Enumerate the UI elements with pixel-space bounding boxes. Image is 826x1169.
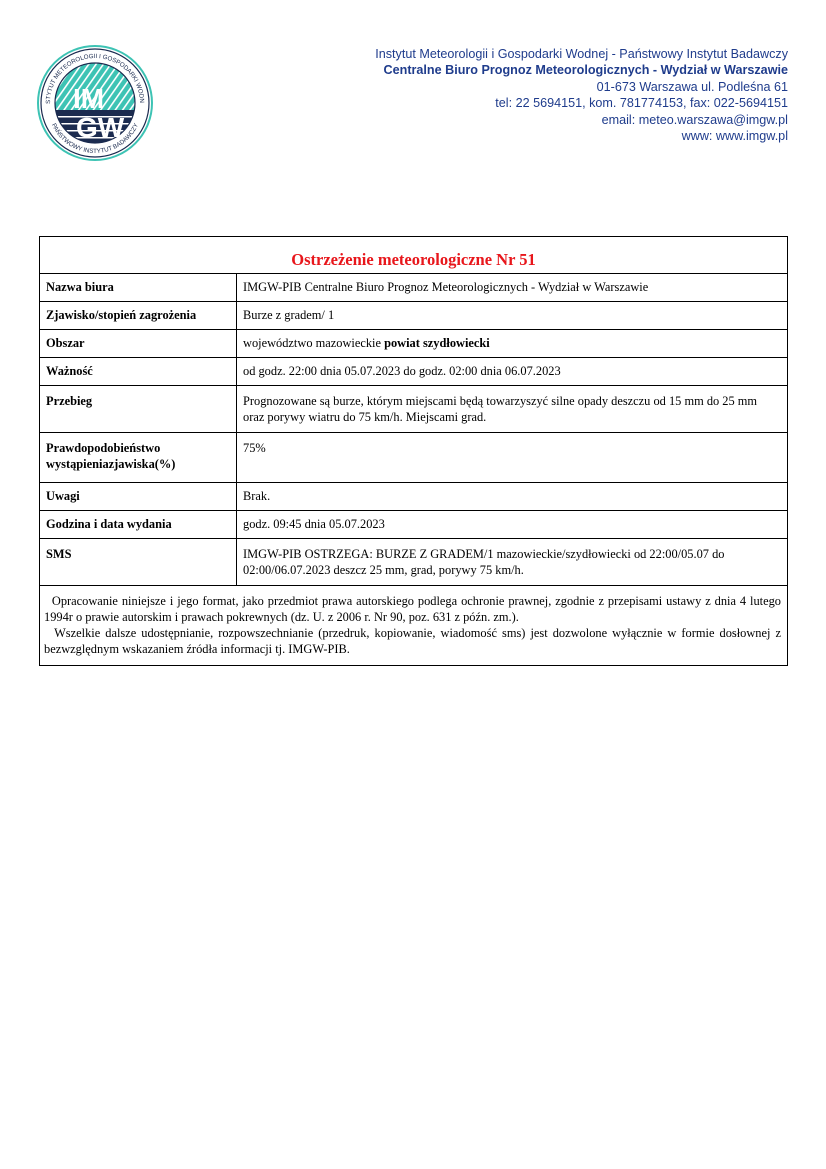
row-value-area: województwo mazowieckie powiat szydłowie… — [237, 330, 788, 358]
table-row: Przebieg Prognozowane są burze, którym m… — [40, 386, 788, 433]
row-value-course: Prognozowane są burze, którym miejscami … — [237, 386, 788, 433]
table-row: Uwagi Brak. — [40, 483, 788, 511]
warning-table: Ostrzeżenie meteorologiczne Nr 51 Nazwa … — [39, 236, 788, 666]
row-value-validity: od godz. 22:00 dnia 05.07.2023 do godz. … — [237, 358, 788, 386]
row-label-sms: SMS — [40, 539, 237, 586]
imgw-logo-icon: IM GW INSTYTUT METEOROLOGII I GOSPODARKI… — [36, 44, 154, 162]
office-name: Centralne Biuro Prognoz Meteorologicznyc… — [375, 62, 788, 78]
copyright-notice: Opracowanie niniejsze i jego format, jak… — [40, 586, 788, 666]
svg-text:IM: IM — [73, 83, 104, 114]
table-row: Prawdopodobieństwo wystąpieniazjawiska(%… — [40, 433, 788, 483]
row-label-office: Nazwa biura — [40, 274, 237, 302]
row-value-probability: 75% — [237, 433, 788, 483]
row-label-phenomenon: Zjawisko/stopień zagrożenia — [40, 302, 237, 330]
row-label-remarks: Uwagi — [40, 483, 237, 511]
institute-name: Instytut Meteorologii i Gospodarki Wodne… — [375, 46, 788, 62]
row-value-office: IMGW-PIB Centralne Biuro Prognoz Meteoro… — [237, 274, 788, 302]
svg-text:GW: GW — [76, 112, 125, 143]
website: www: www.imgw.pl — [375, 128, 788, 144]
row-label-issued: Godzina i data wydania — [40, 511, 237, 539]
row-value-phenomenon: Burze z gradem/ 1 — [237, 302, 788, 330]
area-voivodeship: województwo mazowieckie — [243, 336, 384, 350]
distribution-text: Wszelkie dalsze udostępnianie, rozpowsze… — [44, 626, 781, 656]
copyright-paragraph: Opracowanie niniejsze i jego format, jak… — [44, 593, 781, 625]
institute-header: Instytut Meteorologii i Gospodarki Wodne… — [375, 46, 788, 144]
row-label-validity: Ważność — [40, 358, 237, 386]
distribution-paragraph: Wszelkie dalsze udostępnianie, rozpowsze… — [44, 625, 781, 657]
phone-fax: tel: 22 5694151, kom. 781774153, fax: 02… — [375, 95, 788, 111]
row-label-probability: Prawdopodobieństwo wystąpieniazjawiska(%… — [40, 433, 237, 483]
imgw-logo: IM GW INSTYTUT METEOROLOGII I GOSPODARKI… — [36, 44, 154, 162]
table-row: Obszar województwo mazowieckie powiat sz… — [40, 330, 788, 358]
row-label-area: Obszar — [40, 330, 237, 358]
warning-title: Ostrzeżenie meteorologiczne Nr 51 — [40, 237, 788, 274]
table-row: Ważność od godz. 22:00 dnia 05.07.2023 d… — [40, 358, 788, 386]
row-value-sms: IMGW-PIB OSTRZEGA: BURZE Z GRADEM/1 mazo… — [237, 539, 788, 586]
area-county: powiat szydłowiecki — [384, 336, 490, 350]
row-label-course: Przebieg — [40, 386, 237, 433]
table-row: Nazwa biura IMGW-PIB Centralne Biuro Pro… — [40, 274, 788, 302]
table-row: Zjawisko/stopień zagrożenia Burze z grad… — [40, 302, 788, 330]
table-row: SMS IMGW-PIB OSTRZEGA: BURZE Z GRADEM/1 … — [40, 539, 788, 586]
table-row: Godzina i data wydania godz. 09:45 dnia … — [40, 511, 788, 539]
row-value-issued: godz. 09:45 dnia 05.07.2023 — [237, 511, 788, 539]
copyright-text: Opracowanie niniejsze i jego format, jak… — [44, 594, 781, 624]
address: 01-673 Warszawa ul. Podleśna 61 — [375, 79, 788, 95]
row-value-remarks: Brak. — [237, 483, 788, 511]
email: email: meteo.warszawa@imgw.pl — [375, 112, 788, 128]
